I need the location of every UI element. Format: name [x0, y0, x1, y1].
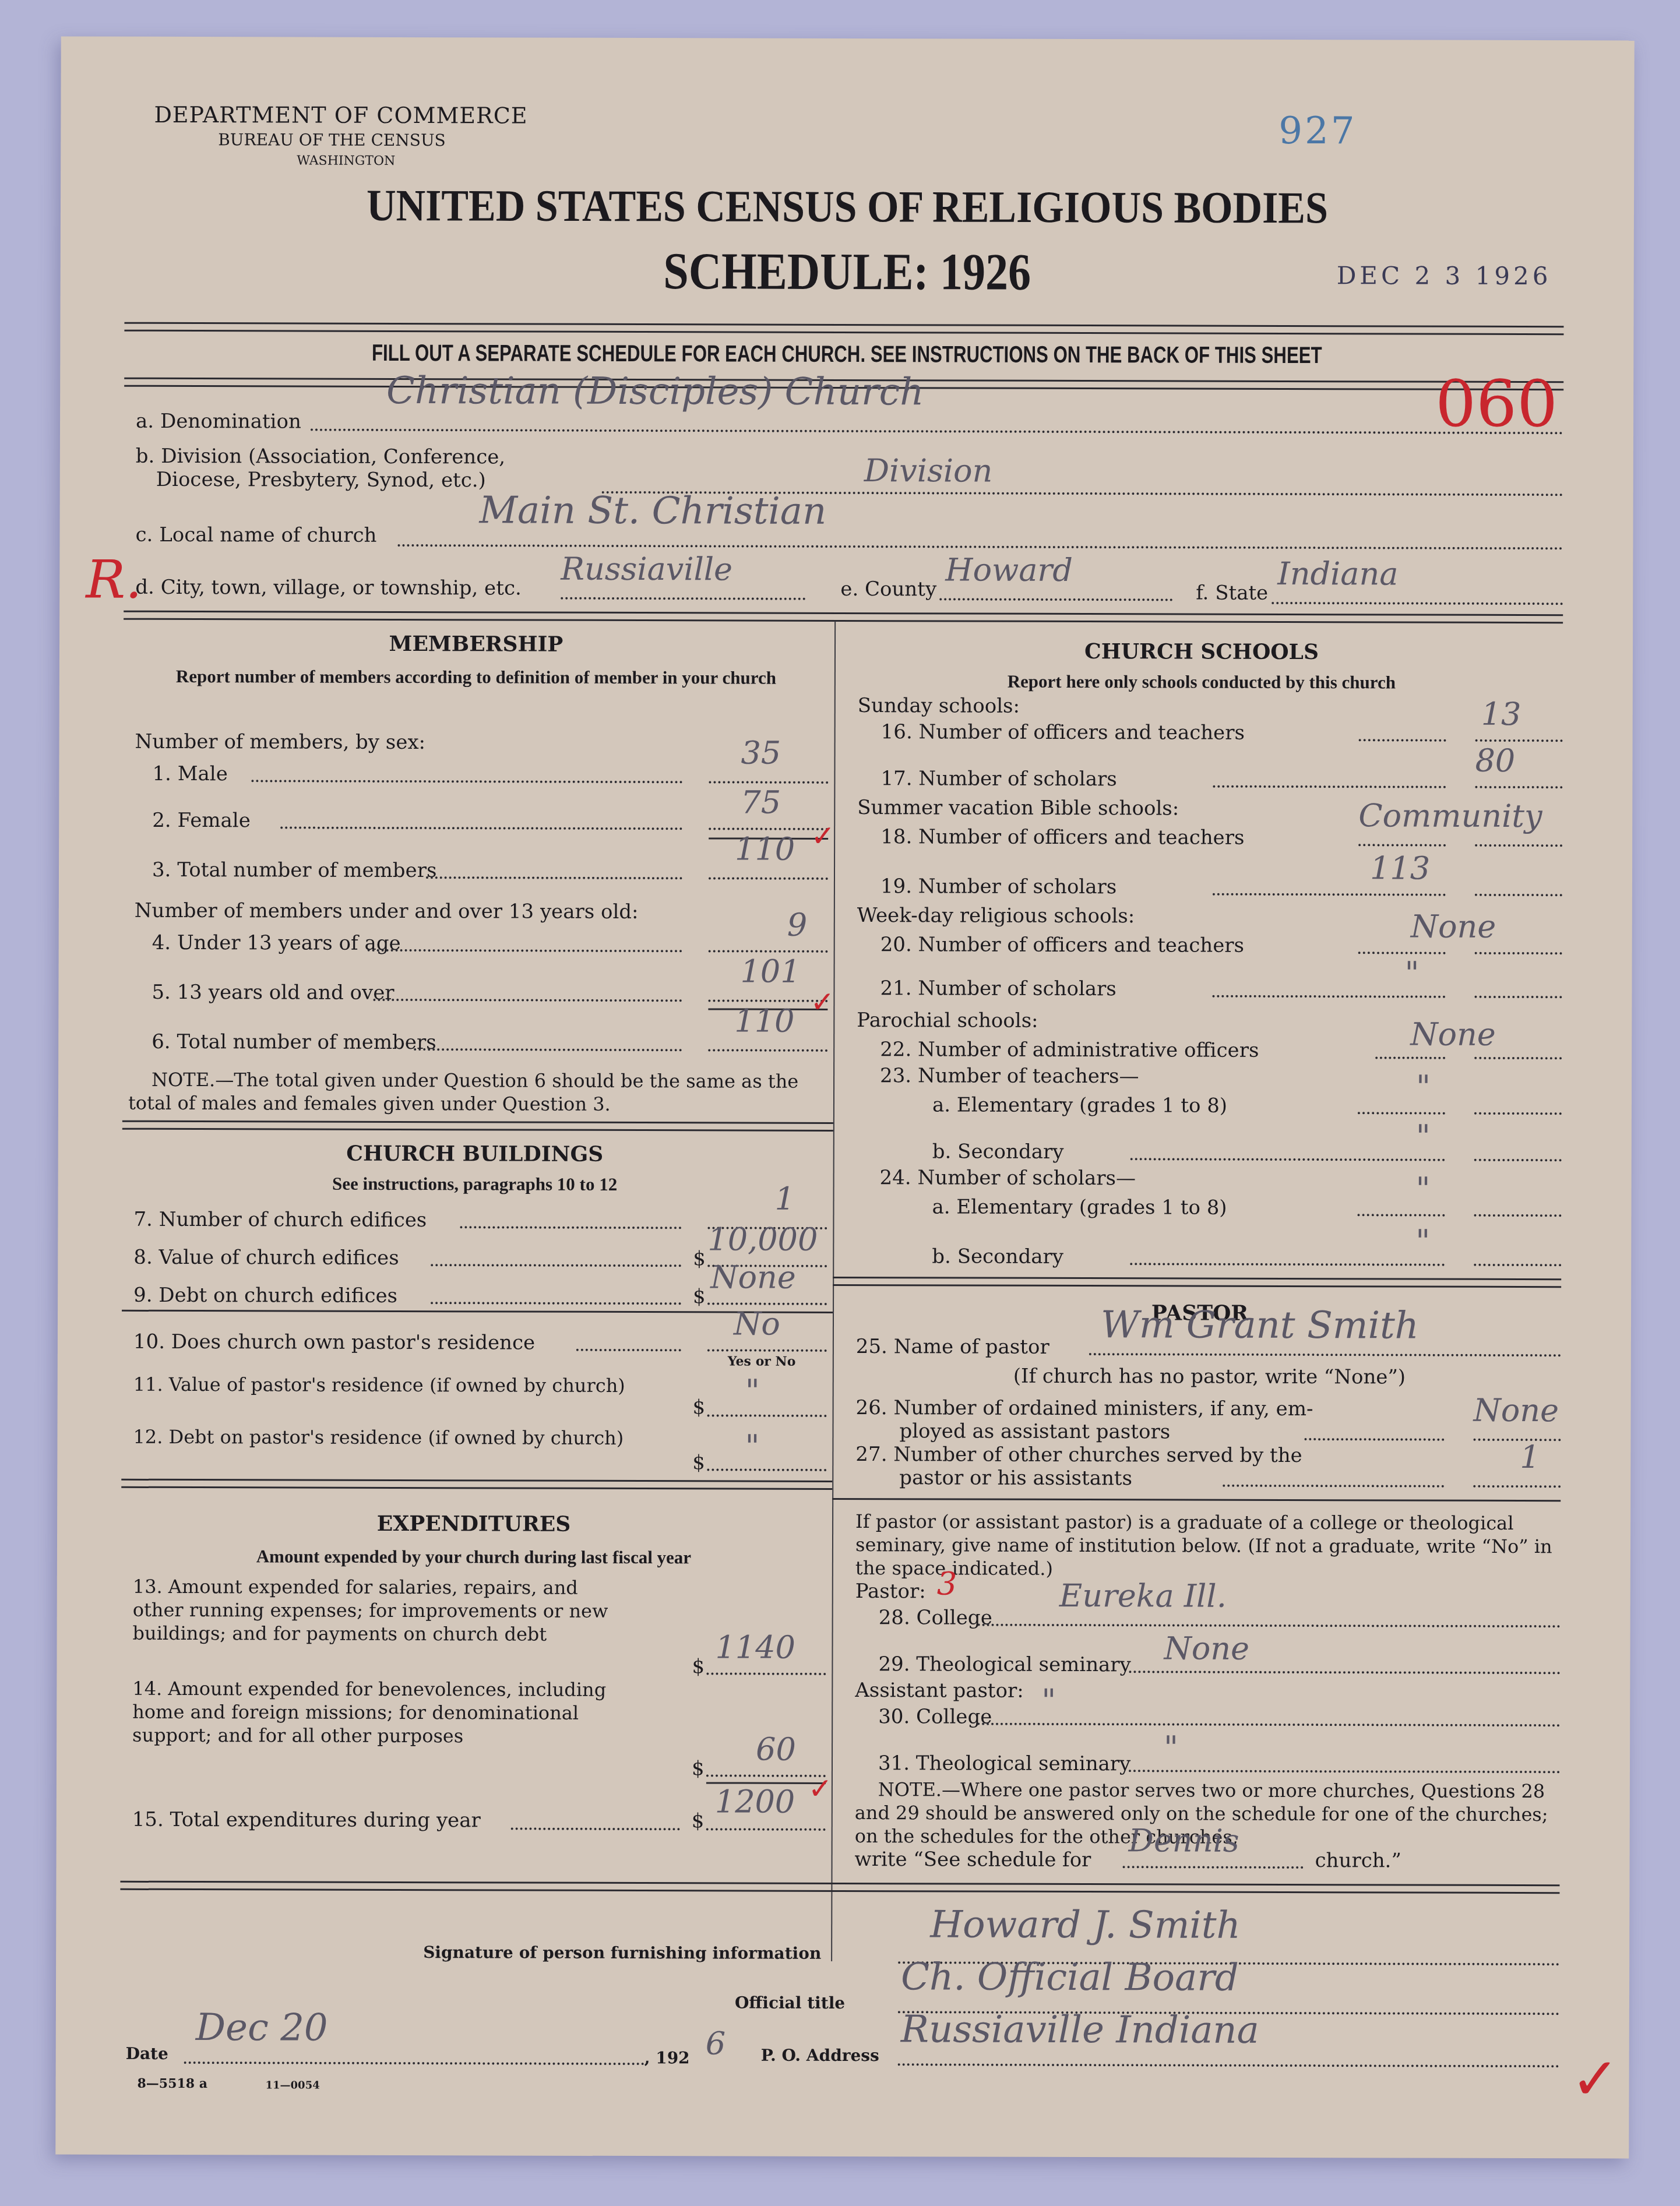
see-schedule-field-line [1123, 1866, 1304, 1869]
city-field[interactable]: Russiaville [561, 551, 732, 588]
divider [122, 1120, 833, 1132]
local-name-field-line [397, 544, 1563, 549]
membership-subheading: Report number of members according to de… [153, 663, 800, 692]
assistant-pastor-subheading: Assistant pastor: [855, 1679, 1024, 1703]
assistant-college-label: 30. College [878, 1705, 992, 1729]
seminary-field-line [1129, 1671, 1560, 1674]
division-field[interactable]: Division [864, 452, 993, 489]
divider [833, 1277, 1561, 1288]
edifices-debt-field[interactable]: None [710, 1259, 796, 1295]
teachers-label: 23. Number of teachers— [880, 1064, 1139, 1088]
summer-schools-label: Summer vacation Bible schools: [857, 796, 1179, 820]
total-expenditures-label: 15. Total expenditures during year [132, 1808, 481, 1833]
state-field[interactable]: Indiana [1277, 555, 1398, 593]
summer-scholars-label: 19. Number of scholars [880, 875, 1117, 898]
residence-owned-field-line [707, 1349, 827, 1352]
divider [121, 1479, 832, 1490]
instruction-banner: FILL OUT A SEPARATE SCHEDULE FOR EACH CH… [233, 340, 1460, 369]
po-address-label: P. O. Address [761, 2046, 879, 2066]
divider [832, 1498, 1561, 1502]
city-heading: WASHINGTON [297, 154, 395, 168]
date-label: Date [126, 2044, 168, 2063]
under-13-field[interactable]: 9 [787, 907, 808, 943]
residence-value-field-line [707, 1414, 827, 1417]
divider [124, 611, 1563, 623]
code-mark: 060 [1435, 367, 1558, 442]
other-churches-label-cont: pastor or his assistants [899, 1466, 1132, 1490]
leader [1130, 1158, 1445, 1161]
divider [122, 1310, 833, 1313]
dollar-sign: $ [692, 1809, 705, 1833]
sunday-schools-label: Sunday schools: [858, 694, 1020, 718]
county-field-line [939, 598, 1172, 601]
leader [1359, 739, 1446, 741]
benevolences-label: 14. Amount expended for benevolences, in… [132, 1677, 633, 1748]
leader [280, 826, 682, 830]
see-schedule-field[interactable]: Dennis [1129, 1822, 1239, 1859]
see-schedule-label: write “See schedule for [855, 1848, 1091, 1872]
college-label: 28. College [879, 1606, 992, 1630]
running-expenses-field[interactable]: 1140 [715, 1629, 795, 1665]
pastor-name-field[interactable]: Wm Grant Smith [1101, 1303, 1419, 1347]
weekday-officers-field-line [1475, 952, 1562, 954]
total-members-label: 3. Total number of members [152, 858, 437, 882]
po-address-field[interactable]: Russiaville Indiana [901, 2008, 1259, 2052]
under-13-field-line [709, 950, 828, 953]
summer-officers-field-line [1475, 844, 1562, 847]
running-expenses-field-line [706, 1672, 826, 1675]
denomination-field[interactable]: Christian (Disciples) Church [386, 369, 924, 414]
residence-debt-label: 12. Debt on pastor's residence (if owned… [133, 1423, 686, 1451]
leader [414, 1048, 682, 1051]
leader [431, 1264, 681, 1267]
scholars-secondary-field-line [1474, 1264, 1561, 1266]
assistant-college-field-line [977, 1723, 1560, 1727]
denomination-field-line [311, 429, 1563, 435]
edifices-count-label: 7. Number of church edifices [133, 1208, 427, 1232]
weekday-scholars-label: 21. Number of scholars [880, 977, 1116, 1000]
pastor-name-label: 25. Name of pastor [856, 1335, 1049, 1359]
pastor-name-hint: (If church has no pastor, write “None”) [1013, 1365, 1406, 1389]
buildings-heading: CHURCH BUILDINGS [122, 1141, 827, 1167]
other-churches-label: 27. Number of other churches served by t… [855, 1443, 1302, 1467]
dollar-sign: $ [693, 1285, 706, 1308]
membership-heading: MEMBERSHIP [124, 631, 829, 657]
leader [1358, 952, 1446, 954]
official-title-field[interactable]: Ch. Official Board [901, 1955, 1239, 2000]
schools-heading: CHURCH SCHOOLS [840, 639, 1563, 665]
assistant-college-field[interactable]: " [1041, 1682, 1056, 1719]
leader [1357, 1214, 1445, 1216]
assistant-seminary-field-line [1129, 1770, 1560, 1773]
residence-debt-field-line [707, 1468, 826, 1471]
state-field-line [1272, 602, 1563, 605]
scholars-elementary-label: a. Elementary (grades 1 to 8) [932, 1195, 1227, 1219]
dollar-sign: $ [692, 1451, 705, 1474]
leader [1223, 1485, 1444, 1488]
assistant-seminary-field[interactable]: " [1164, 1729, 1178, 1765]
leader [1358, 844, 1446, 846]
check-mark-icon: ✓ [811, 819, 835, 853]
state-label: f. State [1196, 582, 1268, 605]
assistant-ministers-field[interactable]: None [1474, 1392, 1559, 1429]
teachers-elementary-label: a. Elementary (grades 1 to 8) [932, 1093, 1227, 1117]
city-field-line [561, 597, 805, 600]
census-schedule-sheet: DEPARTMENT OF COMMERCE BUREAU OF THE CEN… [55, 36, 1635, 2158]
parochial-schools-label: Parochial schools: [857, 1009, 1038, 1032]
teachers-elementary-field-line [1474, 1112, 1562, 1115]
pastor-name-field-line [1089, 1353, 1561, 1356]
denomination-label: a. Denomination [136, 410, 301, 434]
female-field[interactable]: 75 [741, 784, 781, 821]
check-mark-icon: ✓ [1570, 2045, 1619, 2113]
summer-officers-field[interactable]: Community [1358, 797, 1542, 834]
signature-field[interactable]: Howard J. Smith [930, 1903, 1241, 1947]
by-sex-label: Number of members, by sex: [135, 730, 426, 754]
female-label: 2. Female [152, 809, 251, 832]
over-13-label: 5. 13 years old and over [152, 981, 394, 1005]
expenditures-heading: EXPENDITURES [121, 1511, 826, 1537]
scholars-secondary-label: b. Secondary [932, 1245, 1063, 1268]
divider [124, 322, 1563, 335]
under-13-label: 4. Under 13 years of age [152, 931, 401, 955]
schools-subheading: Report here only schools conducted by th… [840, 671, 1563, 693]
seminary-label: 29. Theological seminary [878, 1652, 1130, 1676]
scholars-elementary-field-line [1474, 1214, 1561, 1217]
scholars-secondary-field[interactable]: " [1415, 1223, 1430, 1260]
leader [1358, 1112, 1445, 1114]
college-field-line [978, 1624, 1561, 1628]
divider [120, 1881, 1559, 1894]
year-prefix: , 192 [644, 2048, 690, 2067]
file-number-stamp: 927 [1279, 110, 1357, 153]
teachers-secondary-label: b. Secondary [932, 1140, 1064, 1164]
membership-note: NOTE.—The total given under Question 6 s… [128, 1068, 827, 1116]
dollar-sign: $ [693, 1396, 706, 1419]
residence-owned-field[interactable]: No [734, 1306, 780, 1342]
date-field-line [184, 2061, 644, 2065]
see-schedule-suffix: church.” [1315, 1849, 1401, 1872]
benevolences-field[interactable]: 60 [756, 1731, 796, 1768]
leader [511, 1828, 680, 1831]
sunday-scholars-field-line [1475, 786, 1562, 788]
check-mark-icon: ✓ [810, 985, 834, 1019]
sunday-officers-field-line [1475, 739, 1563, 742]
teachers-elementary-field[interactable]: " [1416, 1069, 1431, 1105]
weekday-scholars-field[interactable]: " [1404, 955, 1419, 992]
form-title: UNITED STATES CENSUS OF RELIGIOUS BODIES [61, 179, 1634, 235]
official-title-label: Official title [735, 1993, 845, 2013]
leader [431, 1302, 681, 1305]
assistant-seminary-label: 31. Theological seminary [878, 1752, 1130, 1775]
over-13-field[interactable]: 101 [740, 953, 800, 990]
pastor-mark: 3 [937, 1565, 957, 1602]
weekday-scholars-field-line [1474, 996, 1562, 998]
dollar-sign: $ [693, 1247, 706, 1270]
edifices-value-field[interactable]: 10,000 [707, 1221, 818, 1257]
leader [373, 999, 682, 1002]
leader [1213, 893, 1446, 896]
teachers-secondary-field-line [1474, 1159, 1562, 1161]
total-members-age-label: 6. Total number of members [152, 1030, 436, 1054]
parochial-officers-label: 22. Number of administrative officers [880, 1038, 1259, 1062]
department-heading: DEPARTMENT OF COMMERCE [154, 102, 527, 129]
form-number: 8—5518 a [138, 2076, 208, 2091]
parochial-officers-field[interactable]: None [1410, 1016, 1496, 1053]
edifices-value-label: 8. Value of church edifices [133, 1246, 399, 1270]
college-field[interactable]: Eureka Ill. [1059, 1577, 1227, 1615]
po-address-field-line [898, 2063, 1559, 2067]
total-members-field-line [709, 877, 828, 880]
county-field[interactable]: Howard [945, 551, 1073, 588]
margin-mark: R. [86, 549, 142, 611]
residence-owned-label: 10. Does church own pastor's residence [133, 1330, 535, 1355]
division-label: b. Division (Association, Conference, [136, 445, 505, 469]
summer-scholars-field-line [1475, 894, 1562, 896]
leader [460, 1226, 681, 1229]
sunday-officers-label: 16. Number of officers and teachers [881, 720, 1245, 745]
bureau-heading: BUREAU OF THE CENSUS [218, 130, 446, 150]
total-members-field[interactable]: 110 [735, 831, 795, 868]
leader [426, 876, 682, 879]
parochial-officers-field-line [1474, 1057, 1562, 1059]
sunday-scholars-label: 17. Number of scholars [880, 767, 1117, 791]
total-expenditures-field-line [706, 1828, 826, 1831]
leader [251, 780, 682, 783]
edifices-debt-label: 9. Debt on church edifices [133, 1284, 397, 1308]
male-field-line [709, 781, 828, 784]
total-members-age-field-line [708, 1049, 827, 1052]
dollar-sign: $ [692, 1757, 705, 1780]
assistant-ministers-label: 26. Number of ordained ministers, if any… [856, 1396, 1313, 1421]
assistant-ministers-field-line [1473, 1439, 1561, 1441]
seminary-field[interactable]: None [1164, 1630, 1249, 1666]
date-field[interactable]: Dec 20 [196, 2006, 328, 2050]
summer-scholars-field[interactable]: 113 [1370, 850, 1430, 886]
leader [368, 949, 682, 952]
check-mark-icon: ✓ [808, 1772, 833, 1806]
schedule-title: SCHEDULE: 1926 [61, 239, 1634, 304]
other-churches-field[interactable]: 1 [1520, 1439, 1540, 1475]
leader [1213, 785, 1446, 788]
edifices-debt-field-line [707, 1302, 827, 1305]
signature-label: Signature of person furnishing informati… [423, 1943, 821, 1963]
weekday-officers-label: 20. Number of officers and teachers [880, 933, 1244, 957]
local-name-field[interactable]: Main St. Christian [480, 489, 827, 533]
residence-value-field[interactable]: " [745, 1373, 760, 1409]
graduate-instruction: If pastor (or assistant pastor) is a gra… [855, 1510, 1561, 1581]
yes-or-no-hint: Yes or No [728, 1354, 796, 1369]
county-label: e. County [840, 577, 936, 601]
city-label: d. City, town, village, or township, etc… [135, 576, 522, 600]
print-code: 11—0054 [266, 2079, 320, 2091]
edifices-count-field[interactable]: 1 [774, 1180, 795, 1217]
residence-debt-field[interactable]: " [745, 1428, 759, 1465]
leader [1304, 1438, 1444, 1441]
pastor-subheading: Pastor: [855, 1580, 926, 1603]
residence-value-label: 11. Value of pastor's residence (if owne… [133, 1371, 687, 1399]
year-field[interactable]: 6 [706, 2025, 726, 2061]
male-label: 1. Male [152, 762, 227, 785]
total-expenditures-field[interactable]: 1200 [715, 1783, 795, 1820]
sunday-officers-field[interactable]: 13 [1481, 696, 1521, 732]
summer-officers-label: 18. Number of officers and teachers [880, 825, 1244, 850]
expenditures-subheading: Amount expended by your church during la… [121, 1546, 826, 1569]
age-label: Number of members under and over 13 year… [135, 899, 639, 924]
weekday-officers-field[interactable]: None [1411, 908, 1496, 945]
assistant-ministers-label-cont: ployed as assistant pastors [899, 1419, 1170, 1443]
running-expenses-label: 13. Amount expended for salaries, repair… [133, 1575, 634, 1646]
teachers-secondary-field[interactable]: " [1416, 1118, 1431, 1155]
leader [576, 1349, 681, 1351]
dollar-sign: $ [692, 1655, 705, 1678]
division-label-cont: Diocese, Presbytery, Synod, etc.) [156, 468, 486, 492]
local-name-label: c. Local name of church [135, 523, 376, 547]
weekday-schools-label: Week-day religious schools: [857, 904, 1135, 928]
scholars-label: 24. Number of scholars— [880, 1166, 1136, 1190]
male-field[interactable]: 35 [741, 735, 781, 771]
total-members-age-field[interactable]: 110 [734, 1003, 794, 1039]
leader [1130, 1263, 1445, 1266]
other-churches-field-line [1473, 1485, 1561, 1488]
leader [1375, 1056, 1445, 1059]
buildings-subheading: See instructions, paragraphs 10 to 12 [122, 1173, 827, 1196]
scholars-elementary-field[interactable]: " [1416, 1171, 1431, 1207]
sunday-scholars-field[interactable]: 80 [1475, 742, 1515, 779]
leader [1212, 995, 1445, 998]
